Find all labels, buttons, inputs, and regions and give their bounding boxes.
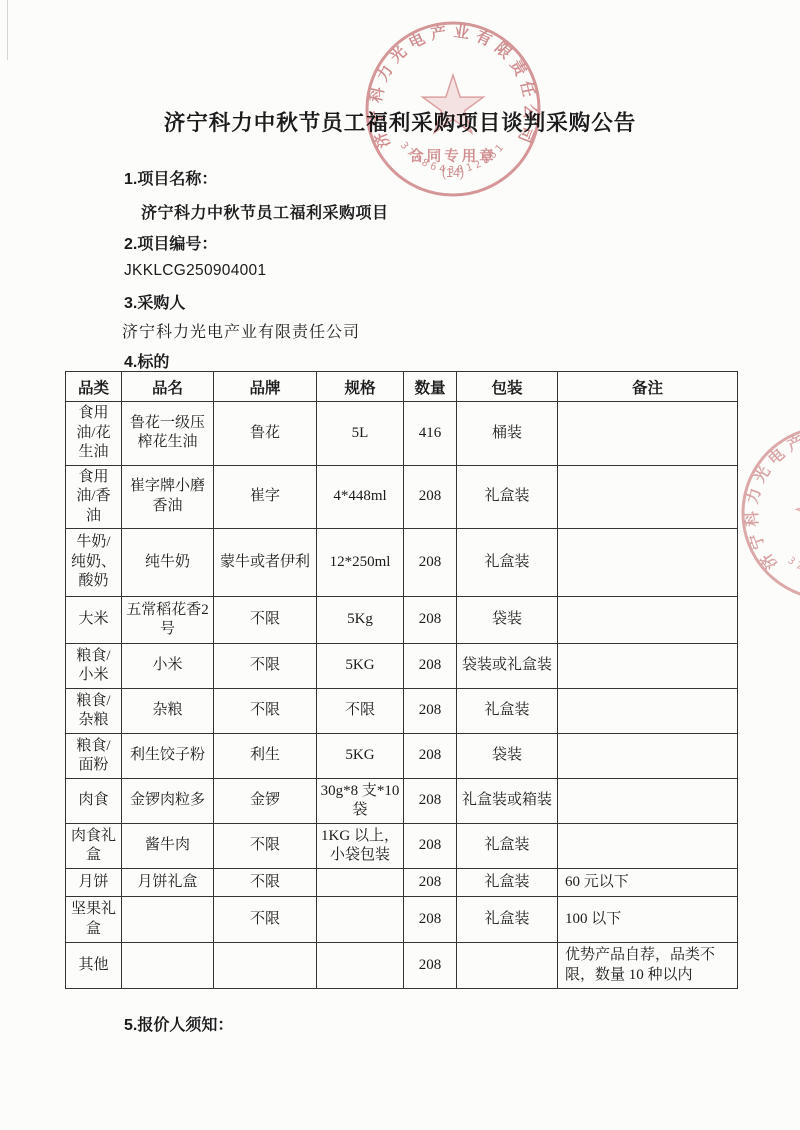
table-cell: 5KG bbox=[317, 734, 404, 779]
table-cell: 食用油/香油 bbox=[66, 465, 122, 529]
column-header: 品类 bbox=[66, 372, 122, 402]
table-cell: 208 bbox=[404, 943, 457, 989]
table-row: 其他208优势产品自荐，品类不限，数量 10 种以内 bbox=[66, 943, 738, 989]
table-cell: 5Kg bbox=[317, 597, 404, 644]
svg-text:3708643012861: 3708643012861 bbox=[398, 140, 508, 176]
table-cell: 其他 bbox=[66, 943, 122, 989]
table-cell: 粮食/小米 bbox=[66, 644, 122, 689]
seal-label: 合同专用章 bbox=[409, 147, 497, 165]
table-cell: 208 bbox=[404, 644, 457, 689]
table-row: 肉食礼盒酱牛肉不限1KG 以上，小袋包装208礼盒装 bbox=[66, 824, 738, 869]
table-cell: 208 bbox=[404, 779, 457, 824]
table-cell: 4*448ml bbox=[317, 465, 404, 529]
table-cell bbox=[214, 943, 317, 989]
table-row: 食用油/花生油鲁花一级压榨花生油鲁花5L416桶装 bbox=[66, 402, 738, 466]
table-cell: 416 bbox=[404, 402, 457, 466]
table-cell bbox=[558, 402, 738, 466]
table-row: 食用油/香油崔字牌小磨香油崔字4*448ml208礼盒装 bbox=[66, 465, 738, 529]
table-cell: 礼盒装 bbox=[457, 465, 558, 529]
table-cell bbox=[317, 943, 404, 989]
table-cell: 蒙牛或者伊利 bbox=[214, 529, 317, 597]
table-cell: 鲁花一级压榨花生油 bbox=[122, 402, 214, 466]
table-cell bbox=[317, 897, 404, 943]
table-cell bbox=[558, 465, 738, 529]
column-header: 品名 bbox=[122, 372, 214, 402]
table-cell: 牛奶/纯奶、酸奶 bbox=[66, 529, 122, 597]
svg-text:3708643012861: 3708643012861 bbox=[784, 529, 800, 592]
table-cell: 30g*8 支*10 袋 bbox=[317, 779, 404, 824]
table-cell: 208 bbox=[404, 734, 457, 779]
items-table: 品类品名品牌规格数量包装备注食用油/花生油鲁花一级压榨花生油鲁花5L416桶装食… bbox=[65, 371, 738, 989]
table-cell: 崔字 bbox=[214, 465, 317, 529]
section-2-label: 2.项目编号： bbox=[124, 231, 217, 254]
table-cell bbox=[558, 597, 738, 644]
table-cell: 208 bbox=[404, 869, 457, 897]
seal-serial: 3708643012861 bbox=[784, 529, 800, 592]
seal-serial: 3708643012861 bbox=[398, 140, 508, 176]
table-cell: 利生 bbox=[214, 734, 317, 779]
table-header-row: 品类品名品牌规格数量包装备注 bbox=[66, 372, 738, 402]
table-cell: 纯牛奶 bbox=[122, 529, 214, 597]
table-cell: 金锣肉粒多 bbox=[122, 779, 214, 824]
table-row: 大米五常稻花香2号不限5Kg208袋装 bbox=[66, 597, 738, 644]
column-header: 包装 bbox=[457, 372, 558, 402]
table-cell bbox=[558, 644, 738, 689]
purchaser-value: 济宁科力光电产业有限责任公司 bbox=[122, 319, 360, 342]
table-cell: 鲁花 bbox=[214, 402, 317, 466]
table-cell: 礼盒装 bbox=[457, 824, 558, 869]
table-cell bbox=[558, 779, 738, 824]
table-cell: 礼盒装或箱装 bbox=[457, 779, 558, 824]
table-cell: 月饼礼盒 bbox=[122, 869, 214, 897]
seal-label: 合同专用章 bbox=[797, 538, 800, 578]
column-header: 规格 bbox=[317, 372, 404, 402]
scan-edge-artifact bbox=[7, 0, 8, 60]
table-cell: 不限 bbox=[214, 597, 317, 644]
document-page: 济宁科力光电产业有限责任公司 合同专用章 (14) 3708643012861 … bbox=[0, 0, 800, 1130]
table-cell: 大米 bbox=[66, 597, 122, 644]
section-1-label: 1.项目名称： bbox=[124, 166, 217, 189]
table-cell: 食用油/花生油 bbox=[66, 402, 122, 466]
section-4-label: 4.标的 bbox=[124, 349, 169, 372]
table-cell: 粮食/面粉 bbox=[66, 734, 122, 779]
table-cell: 208 bbox=[404, 689, 457, 734]
table-cell: 不限 bbox=[214, 869, 317, 897]
table-cell bbox=[457, 943, 558, 989]
table-cell: 利生饺子粉 bbox=[122, 734, 214, 779]
table-cell: 不限 bbox=[214, 644, 317, 689]
table-row: 粮食/杂粮杂粮不限不限208礼盒装 bbox=[66, 689, 738, 734]
table-row: 牛奶/纯奶、酸奶纯牛奶蒙牛或者伊利12*250ml208礼盒装 bbox=[66, 529, 738, 597]
table-cell: 桶装 bbox=[457, 402, 558, 466]
table-cell: 礼盒装 bbox=[457, 869, 558, 897]
table-row: 粮食/小米小米不限5KG208袋装或礼盒装 bbox=[66, 644, 738, 689]
table-cell: 袋装 bbox=[457, 734, 558, 779]
table-cell: 酱牛肉 bbox=[122, 824, 214, 869]
seal-code: (14) bbox=[442, 166, 464, 180]
table-cell: 粮食/杂粮 bbox=[66, 689, 122, 734]
column-header: 数量 bbox=[404, 372, 457, 402]
table-cell bbox=[122, 897, 214, 943]
table-cell: 不限 bbox=[317, 689, 404, 734]
table-cell: 208 bbox=[404, 529, 457, 597]
table-cell: 崔字牌小磨香油 bbox=[122, 465, 214, 529]
table-cell: 不限 bbox=[214, 897, 317, 943]
table-cell bbox=[558, 734, 738, 779]
table-row: 粮食/面粉利生饺子粉利生5KG208袋装 bbox=[66, 734, 738, 779]
table-cell: 208 bbox=[404, 465, 457, 529]
table-cell: 208 bbox=[404, 897, 457, 943]
table-cell: 杂粮 bbox=[122, 689, 214, 734]
project-name-value: 济宁科力中秋节员工福利采购项目 bbox=[141, 200, 389, 223]
table-cell bbox=[317, 869, 404, 897]
seal-star-icon bbox=[791, 472, 800, 544]
table-cell: 礼盒装 bbox=[457, 529, 558, 597]
table-cell: 5KG bbox=[317, 644, 404, 689]
table-cell: 100 以下 bbox=[558, 897, 738, 943]
table-cell: 月饼 bbox=[66, 869, 122, 897]
table-cell: 肉食礼盒 bbox=[66, 824, 122, 869]
table-cell: 五常稻花香2号 bbox=[122, 597, 214, 644]
table-cell: 优势产品自荐，品类不限，数量 10 种以内 bbox=[558, 943, 738, 989]
table-cell bbox=[558, 824, 738, 869]
table-cell: 袋装或礼盒装 bbox=[457, 644, 558, 689]
table-cell bbox=[122, 943, 214, 989]
table-cell: 坚果礼盒 bbox=[66, 897, 122, 943]
table-row: 月饼月饼礼盒不限208礼盒装60 元以下 bbox=[66, 869, 738, 897]
table-cell bbox=[558, 689, 738, 734]
table-cell: 袋装 bbox=[457, 597, 558, 644]
table-cell: 礼盒装 bbox=[457, 897, 558, 943]
table-cell: 礼盒装 bbox=[457, 689, 558, 734]
table-cell: 12*250ml bbox=[317, 529, 404, 597]
column-header: 备注 bbox=[558, 372, 738, 402]
column-header: 品牌 bbox=[214, 372, 317, 402]
table-cell: 5L bbox=[317, 402, 404, 466]
table-cell: 金锣 bbox=[214, 779, 317, 824]
table-cell bbox=[558, 529, 738, 597]
table-cell: 60 元以下 bbox=[558, 869, 738, 897]
table-row: 肉食金锣肉粒多金锣30g*8 支*10 袋208礼盒装或箱装 bbox=[66, 779, 738, 824]
project-number-value: JKKLCG250904001 bbox=[124, 262, 266, 280]
section-5-label: 5.报价人须知： bbox=[124, 1012, 233, 1035]
table-cell: 208 bbox=[404, 597, 457, 644]
table-cell: 不限 bbox=[214, 824, 317, 869]
table-cell: 不限 bbox=[214, 689, 317, 734]
table-cell: 208 bbox=[404, 824, 457, 869]
page-title: 济宁科力中秋节员工福利采购项目谈判采购公告 bbox=[0, 106, 800, 137]
section-3-label: 3.采购人 bbox=[124, 290, 185, 313]
table-cell: 肉食 bbox=[66, 779, 122, 824]
table-cell: 1KG 以上，小袋包装 bbox=[317, 824, 404, 869]
table-row: 坚果礼盒不限208礼盒装100 以下 bbox=[66, 897, 738, 943]
table-cell: 小米 bbox=[122, 644, 214, 689]
